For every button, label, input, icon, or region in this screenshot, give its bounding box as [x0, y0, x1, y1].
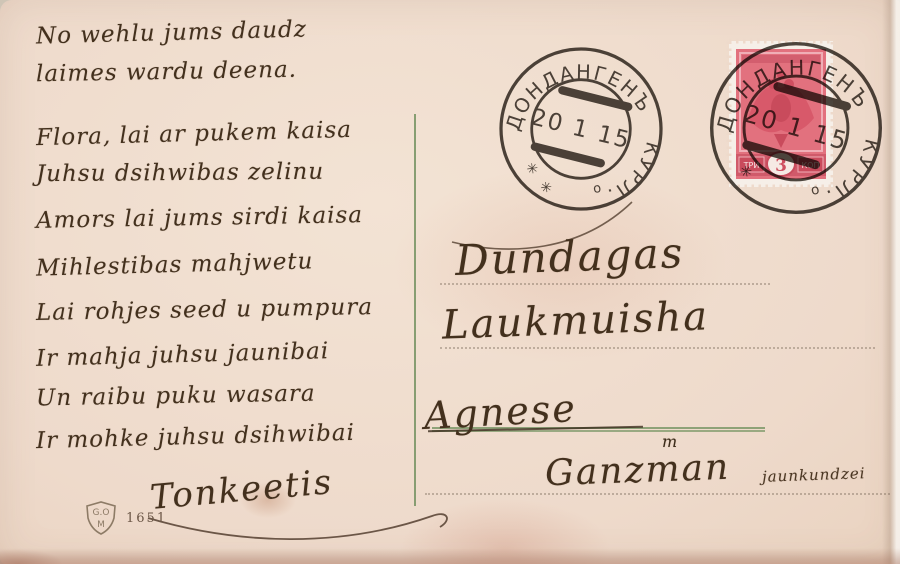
postmark-star-icon: ✳ [539, 179, 553, 196]
address-rule-dotted [440, 347, 875, 349]
card-corner-tear [0, 538, 90, 564]
publisher-monogram-top: G.O [93, 508, 110, 518]
message-line: Juhsu dsihwibas zelinu [36, 159, 324, 188]
message-line: Un raibu puku wasara [36, 381, 316, 412]
address-line-town: Dundagas [454, 228, 685, 285]
message-line: Amors lai jums sirdi kaisa [36, 202, 363, 234]
message-line: Flora, lai ar pukem kaisa [36, 117, 353, 151]
address-line-estate: Laukmuisha [441, 293, 709, 348]
message-line: No wehlu jums daudz [36, 16, 307, 49]
card-edge-right [882, 0, 900, 564]
postmark-left: ДОНДАНГЕНЪ КУРЛ. ✳ ✳ 20 1 15 о [476, 24, 686, 234]
message-line: laimes wardu deena. [36, 57, 297, 88]
message-line: Ir mohke juhsu dsihwibai [36, 420, 356, 454]
superscript-correction: m [662, 432, 677, 451]
address-annotation: jaunkundzei [762, 464, 866, 486]
message-line: Mihlestibas mahjwetu [36, 248, 314, 281]
message-line: Lai rohjes seed u pumpura [36, 294, 373, 326]
message-line: Ir mahja juhsu jaunibai [36, 338, 330, 372]
postmark-star-icon: ✳ [739, 163, 754, 182]
address-rule-dotted [425, 493, 890, 495]
postmark-index-letter: о [592, 181, 602, 197]
postmark-index-letter: о [810, 182, 821, 199]
address-line-firstname: Agnese [423, 386, 578, 438]
postmark-star-icon: ✳ [526, 161, 540, 178]
divider-line [414, 114, 416, 506]
signature: Tonkeetis [149, 462, 335, 518]
publisher-logo: G.O M [83, 501, 119, 535]
publisher-monogram-bottom: M [97, 520, 105, 530]
address-line-surname: Ganzman [544, 447, 730, 494]
card-edge-bottom [0, 548, 900, 564]
series-number: 1651 [126, 511, 167, 526]
postcard-scan: No wehlu jums daudz laimes wardu deena. … [0, 0, 900, 564]
postmark-right: ДОНДАНГЕНЪ КУРЛ. ✳ 20 1 15 о [682, 14, 900, 241]
